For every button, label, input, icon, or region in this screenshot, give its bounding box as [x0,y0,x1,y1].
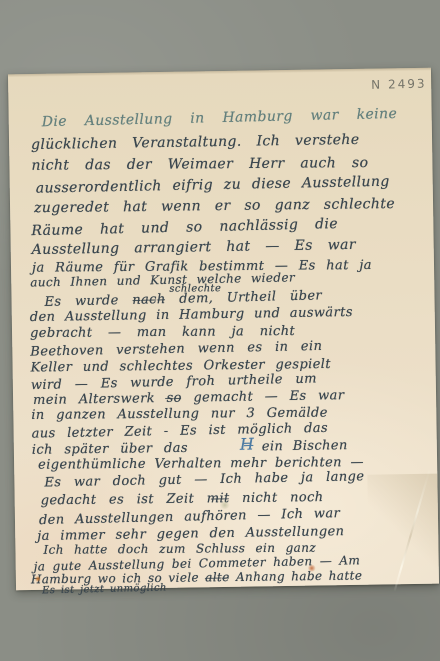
handwriting-line: glücklichen Veranstaltung. Ich verstehe [31,133,360,152]
handwriting-line: gebracht — man kann ja nicht [30,325,295,340]
handwriting-line: ausserordentlich eifrig zu diese Ausstel… [36,175,390,196]
handwriting-line: Ich hatte doch zum Schluss ein ganz [43,542,316,556]
manuscript-paper: N 2493 Die Ausstellung in Hamburg war ke… [8,68,439,591]
handwriting-line: auch Ihnen und Kunst welche wieder [30,271,295,288]
handwriting-line: aus letzter Zeit - Es ist möglich das [32,422,329,441]
handwriting-line: Es ist jetzt unmöglich [42,583,167,596]
handwriting-line: nicht das der Weimaer Herr auch so [31,156,368,173]
handwriting-line: ich später über das [32,442,188,457]
handwriting-line: Hamburg wo ich so viele a̶l̶t̶e̶ Anhang … [31,569,363,585]
rust-stain [35,576,41,582]
handwriting-line: Ausstellung arrangiert hat — Es war [32,238,356,257]
handwriting-line: Beethoven verstehen wenn es in ein [30,340,322,359]
paper-top-edge-shadow [8,68,431,78]
handwriting-line: zugeredet hat wenn er so ganz schlechte [34,197,395,215]
rust-stain [308,565,316,572]
handwriting-line: Räume hat und so nachlässig die [31,217,338,238]
handwriting-line: mein Alterswerk s̶o̶ gemacht — Es war [33,389,344,407]
handwriting-line: Es war doch gut — Ich habe ja lange [44,470,364,489]
handwriting-line: gedacht es ist Zeit m̶i̶t̶ nicht noch [41,491,324,507]
handwriting-line: den Ausstellung in Hamburg und auswärts [30,306,353,324]
handwriting-line: ein Bischen [262,439,348,453]
photo-background: N 2493 Die Ausstellung in Hamburg war ke… [0,0,440,661]
archive-number: N 2493 [371,77,427,92]
handwriting-line: in ganzen Ausstellung nur 3 Gemälde [31,407,328,422]
handwriting-line: Die Ausstellung in Hamburg war keine [42,107,398,129]
handwriting-line: H̶ [240,436,255,452]
corner-fold-shading [367,474,439,585]
